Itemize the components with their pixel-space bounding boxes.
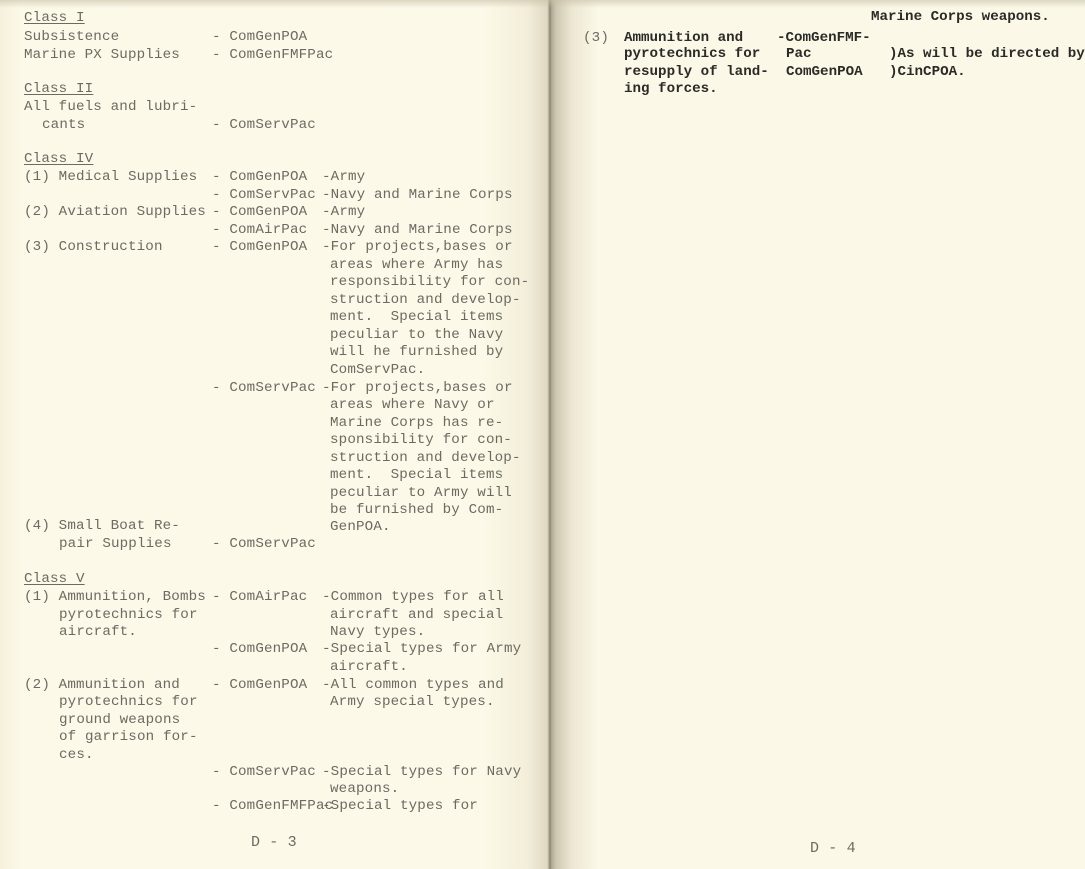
class-4-construction-army-source: - ComGenPOA — [212, 239, 307, 256]
page-d3: Class I Subsistence - ComGenPOA Marine P… — [0, 0, 550, 869]
class-2-item-line-2: cants — [42, 117, 85, 134]
class-1-item-subsistence: Subsistence — [24, 29, 119, 46]
class-4-small-boat-source: - ComServPac — [212, 536, 316, 553]
class-5-aircraft-item-3: aircraft. — [59, 624, 137, 641]
class-5-aircraft-source-2: - ComGenPOA — [212, 641, 307, 658]
landing-forces-source-1: -ComGenFMF- — [777, 30, 871, 47]
page-number-right: D - 4 — [810, 840, 856, 857]
class-4-item-aviation: (2) Aviation Supplies — [24, 204, 206, 221]
class-5-ground-note-1a: -All common types and — [322, 677, 504, 694]
class-1-item-px: Marine PX Supplies — [24, 47, 180, 64]
class-5-ground-source-2: - ComServPac — [212, 764, 316, 781]
top-edge-shadow — [0, 0, 1085, 8]
page-number-left: D - 3 — [251, 834, 297, 851]
class-5-ground-source-1: - ComGenPOA — [212, 677, 307, 694]
class-5-ground-item-3: ground weapons — [59, 712, 180, 729]
class-1-source-px: - ComGenFMFPac — [212, 47, 333, 64]
class-5-aircraft-note-2a: -Special types for Army — [322, 641, 521, 658]
class-4-construction-army-note-3: responsibility for con- — [330, 274, 529, 291]
class-4-medical-note-2: -Navy and Marine Corps — [322, 187, 513, 204]
class-4-construction-army-note-8: ComServPac. — [330, 362, 425, 379]
class-4-medical-note-1: -Army — [322, 169, 365, 186]
class-5-ground-item-2: pyrotechnics for — [59, 694, 198, 711]
class-4-construction-navy-note-7: peculiar to Army will — [330, 485, 512, 502]
landing-forces-note-1: )As will be directed by — [889, 46, 1085, 63]
book-gutter — [547, 0, 552, 869]
landing-forces-item-3: resupply of land- — [624, 64, 769, 81]
class-4-item-small-boat-1: (4) Small Boat Re- — [24, 518, 180, 535]
class-4-medical-source-1: - ComGenPOA — [212, 169, 307, 186]
class-4-construction-army-note-6: peculiar to the Navy — [330, 327, 503, 344]
continuation-line: Marine Corps weapons. — [871, 9, 1050, 26]
class-4-aviation-note-1: -Army — [322, 204, 365, 221]
class-4-construction-navy-note-6: ment. Special items — [330, 467, 503, 484]
class-5-ground-note-1b: Army special types. — [330, 694, 495, 711]
class-4-construction-army-note-1: -For projects,bases or — [322, 239, 513, 256]
class-5-ground-note-3a: -Special types for — [322, 798, 478, 815]
class-5-ground-item-5: ces. — [59, 747, 94, 764]
landing-forces-item-4: ing forces. — [624, 81, 718, 98]
class-5-ground-item-4: of garrison for- — [59, 729, 198, 746]
class-4-construction-navy-note-1: -For projects,bases or — [322, 380, 513, 397]
landing-forces-item-2: pyrotechnics for — [624, 46, 760, 63]
class-4-construction-navy-note-8: be furnished by Com- — [330, 502, 503, 519]
class-4-construction-navy-source: - ComServPac — [212, 380, 316, 397]
class-5-aircraft-source-1: - ComAirPac — [212, 589, 307, 606]
class-5-ground-note-2a: -Special types for Navy — [322, 764, 521, 781]
class-4-construction-army-note-2: areas where Army has — [330, 257, 503, 274]
class-5-aircraft-note-2b: aircraft. — [330, 659, 408, 676]
class-4-construction-army-note-7: will he furnished by — [330, 344, 503, 361]
class-4-construction-navy-note-4: sponsibility for con- — [330, 432, 512, 449]
class-2-item-line-1: All fuels and lubri- — [24, 99, 197, 116]
landing-forces-number: (3) — [583, 30, 609, 47]
class-4-construction-army-note-5: ment. Special items — [330, 309, 503, 326]
class-5-heading: Class V — [24, 571, 85, 588]
class-5-aircraft-item-2: pyrotechnics for — [59, 607, 198, 624]
landing-forces-item-1: Ammunition and — [624, 30, 743, 47]
document-spread: Class I Subsistence - ComGenPOA Marine P… — [0, 0, 1085, 869]
class-2-heading: Class II — [24, 81, 93, 98]
class-4-medical-source-2: - ComServPac — [212, 187, 316, 204]
class-4-construction-army-note-4: struction and develop- — [330, 292, 521, 309]
landing-forces-note-2: )CinCPOA. — [889, 64, 966, 81]
class-4-aviation-note-2: -Navy and Marine Corps — [322, 222, 513, 239]
class-4-aviation-source-1: - ComGenPOA — [212, 204, 307, 221]
page-d4: Marine Corps weapons. (3) Ammunition and… — [550, 0, 1085, 869]
landing-forces-source-2: Pac — [786, 46, 812, 63]
class-4-item-small-boat-2: pair Supplies — [59, 536, 172, 553]
class-4-construction-navy-note-2: areas where Navy or — [330, 397, 495, 414]
class-4-construction-navy-note-3: Marine Corps has re- — [330, 415, 503, 432]
class-4-item-medical: (1) Medical Supplies — [24, 169, 197, 186]
class-1-source-subsistence: - ComGenPOA — [212, 29, 307, 46]
class-4-aviation-source-2: - ComAirPac — [212, 222, 307, 239]
class-4-heading: Class IV — [24, 151, 93, 168]
class-5-ground-source-3: - ComGenFMFPac — [212, 798, 333, 815]
class-5-ground-item-1: (2) Ammunition and — [24, 677, 180, 694]
class-5-aircraft-note-1b: aircraft and special — [330, 607, 503, 624]
class-4-item-construction: (3) Construction — [24, 239, 163, 256]
class-5-aircraft-item-1: (1) Ammunition, Bombs — [24, 589, 206, 606]
class-4-construction-navy-note-9: GenPOA. — [330, 519, 391, 536]
class-5-aircraft-note-1a: -Common types for all — [322, 589, 504, 606]
class-2-source: - ComServPac — [212, 117, 316, 134]
class-5-aircraft-note-1c: Navy types. — [330, 624, 425, 641]
class-5-ground-note-2b: weapons. — [330, 781, 399, 798]
class-4-construction-navy-note-5: struction and develop- — [330, 450, 521, 467]
landing-forces-source-3: ComGenPOA — [786, 64, 863, 81]
class-1-heading: Class I — [24, 10, 85, 27]
